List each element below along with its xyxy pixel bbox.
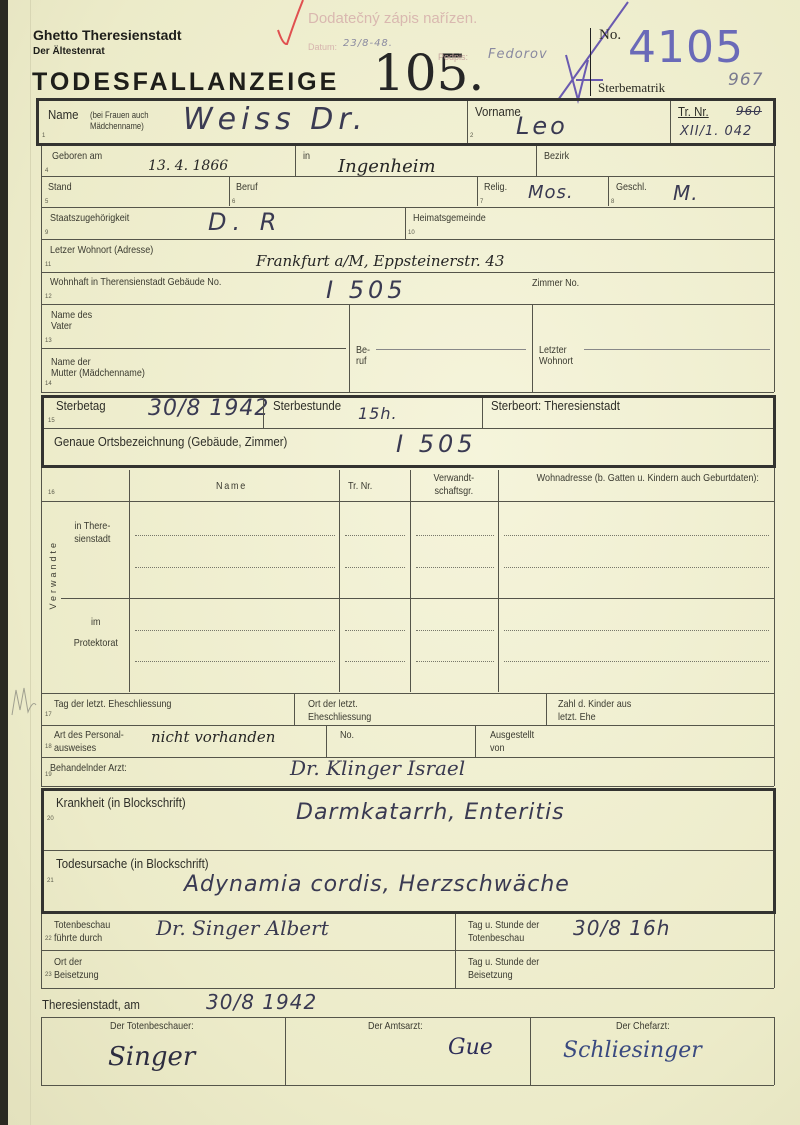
stamp-datum-value: 23/8-48. bbox=[343, 38, 393, 49]
todesursache-value[interactable]: Adynamia cordis, Herzschwäche bbox=[184, 872, 570, 897]
trnr-label: Tr. Nr. bbox=[678, 104, 709, 119]
sterbestunde-label: Sterbestunde bbox=[273, 398, 341, 413]
trnr-struck: 960 bbox=[736, 104, 762, 118]
name-value[interactable]: Weiss Dr. bbox=[183, 102, 367, 137]
ausweis-art-label: Art des Personal- ausweises bbox=[54, 729, 131, 755]
ortsbez-label: Genaue Ortsbezeichnung (Gebäude, Zimmer) bbox=[54, 434, 287, 449]
mutter-label-2: Mutter (Mädchenname) bbox=[51, 367, 145, 380]
marriage-kinder-label: Zahl d. Kinder aus letzt. Ehe bbox=[558, 698, 653, 724]
relatives-header-trnr: Tr. Nr. bbox=[348, 480, 372, 493]
relatives-header-name: Name bbox=[216, 480, 247, 493]
bezirk-label: Bezirk bbox=[544, 150, 569, 163]
sterbestunde-value[interactable]: 15h. bbox=[358, 404, 398, 423]
totenbeschau-value[interactable]: Dr. Singer Albert bbox=[156, 916, 329, 940]
geboren-label: Geboren am bbox=[52, 150, 102, 163]
page-fold bbox=[30, 0, 31, 1125]
red-checkmark-icon bbox=[273, 0, 313, 50]
amtsarzt-label: Der Amtsarzt: bbox=[368, 1020, 423, 1033]
arzt-value[interactable]: Dr. Klinger Israel bbox=[290, 756, 465, 780]
relatives-header-wohnadresse: Wohnadresse (b. Gatten u. Kindern auch G… bbox=[536, 472, 760, 485]
totenbeschauer-label: Der Totenbeschauer: bbox=[110, 1020, 194, 1033]
number-label: No. bbox=[599, 27, 621, 44]
geschl-value[interactable]: M. bbox=[673, 181, 699, 205]
place-date-label: Theresienstadt, am bbox=[42, 997, 140, 1012]
death-certificate-page: Ghetto Theresienstadt Der Ältestenrat TO… bbox=[8, 0, 800, 1125]
sterbetag-value[interactable]: 30/8 1942 bbox=[148, 396, 269, 421]
sterbematrik-value: 967 bbox=[728, 70, 763, 90]
beruf-label: Beruf bbox=[236, 181, 258, 194]
relatives-group-protektorat: im Protektorat bbox=[70, 612, 122, 654]
relatives-side-label: Verwandte bbox=[48, 540, 60, 610]
todesursache-label: Todesursache (in Blockschrift) bbox=[56, 856, 209, 871]
sterbematrik-label: Sterbematrik bbox=[598, 80, 665, 96]
geschl-label: Geschl. bbox=[616, 181, 647, 194]
name-sublabel: (bei Frauen auch Mädchenname) bbox=[90, 110, 167, 133]
beisetzung-ort-label: Ort der Beisetzung bbox=[54, 956, 114, 982]
marriage-tag-label: Tag der letzt. Eheschliessung bbox=[54, 698, 171, 711]
wohnort-label: Letzer Wohnort (Adresse) bbox=[50, 244, 153, 257]
relig-value[interactable]: Mos. bbox=[528, 182, 574, 203]
sterbetag-label: Sterbetag bbox=[56, 398, 106, 413]
totenbeschau-tag-value[interactable]: 30/8 16h bbox=[573, 916, 670, 940]
stamp-text: Dodatečný zápis nařízen. bbox=[308, 10, 477, 27]
vorname-value[interactable]: Leo bbox=[516, 112, 568, 140]
totenbeschauer-signature: Singer bbox=[108, 1042, 195, 1072]
number-value: 4105 bbox=[628, 22, 744, 73]
in-value[interactable]: Ingenheim bbox=[338, 156, 436, 177]
krankheit-label: Krankheit (in Blockschrift) bbox=[56, 795, 186, 810]
ausweis-no-label: No. bbox=[340, 729, 354, 742]
name-label: Name bbox=[48, 107, 79, 122]
relatives-group-theresienstadt: in There- sienstadt bbox=[70, 520, 115, 546]
geboren-value[interactable]: 13. 4. 1866 bbox=[148, 158, 228, 174]
stamp-podpis-value: Fedorov bbox=[488, 47, 548, 62]
margin-scribble-icon bbox=[8, 680, 38, 720]
sterbeort-label: Sterbeort: Theresienstadt bbox=[491, 398, 620, 413]
zimmer-label: Zimmer No. bbox=[532, 277, 579, 290]
place-date-value[interactable]: 30/8 1942 bbox=[206, 990, 317, 1014]
chefarzt-label: Der Chefarzt: bbox=[616, 1020, 670, 1033]
staats-value[interactable]: D. R bbox=[208, 208, 282, 236]
relig-label: Relig. bbox=[484, 181, 507, 194]
wohnhaft-label: Wohnhaft in Therensienstadt Gebäude No. bbox=[50, 276, 221, 289]
relatives-header-verwandt: Verwandt- schaftsgr. bbox=[428, 472, 480, 498]
beruf2-label-2: ruf bbox=[356, 355, 367, 368]
wohnort-value[interactable]: Frankfurt a/M, Eppsteinerstr. 43 bbox=[256, 252, 504, 270]
org-line-1: Ghetto Theresienstadt bbox=[33, 27, 182, 43]
marriage-ort-label: Ort der letzt. Eheschliessung bbox=[308, 698, 403, 724]
stand-label: Stand bbox=[48, 181, 72, 194]
krankheit-value[interactable]: Darmkatarrh, Enteritis bbox=[296, 800, 565, 825]
totenbeschau-tag-label: Tag u. Stunde der Totenbeschau bbox=[468, 919, 554, 945]
heimat-label: Heimatsgemeinde bbox=[413, 212, 486, 225]
chefarzt-signature: Schliesinger bbox=[563, 1038, 702, 1063]
trnr-value[interactable]: XII/1. 042 bbox=[680, 124, 752, 139]
ortsbez-value[interactable]: I 505 bbox=[396, 430, 477, 458]
form-title: TODESFALLANZEIGE bbox=[32, 68, 339, 97]
arzt-label: Behandelnder Arzt: bbox=[50, 762, 127, 775]
wohnhaft-value[interactable]: I 505 bbox=[326, 276, 407, 304]
beisetzung-tag-label: Tag u. Stunde der Beisetzung bbox=[468, 956, 554, 982]
totenbeschau-label: Totenbeschau führte durch bbox=[54, 919, 127, 945]
vorname-label: Vorname bbox=[475, 104, 521, 119]
vater-label-2: Vater bbox=[51, 320, 72, 333]
in-label: in bbox=[303, 150, 310, 163]
amtsarzt-signature: Gue bbox=[448, 1035, 493, 1060]
letzter-label-2: Wohnort bbox=[539, 355, 573, 368]
ausweis-art-value[interactable]: nicht vorhanden bbox=[151, 728, 275, 746]
stamp-podpis-label: Podpis: bbox=[438, 52, 468, 62]
ausweis-ausgestellt-label: Ausgestellt von bbox=[490, 729, 533, 755]
org-line-2: Der Ältestenrat bbox=[33, 46, 105, 57]
staats-label: Staatszugehörigkeit bbox=[50, 212, 129, 225]
